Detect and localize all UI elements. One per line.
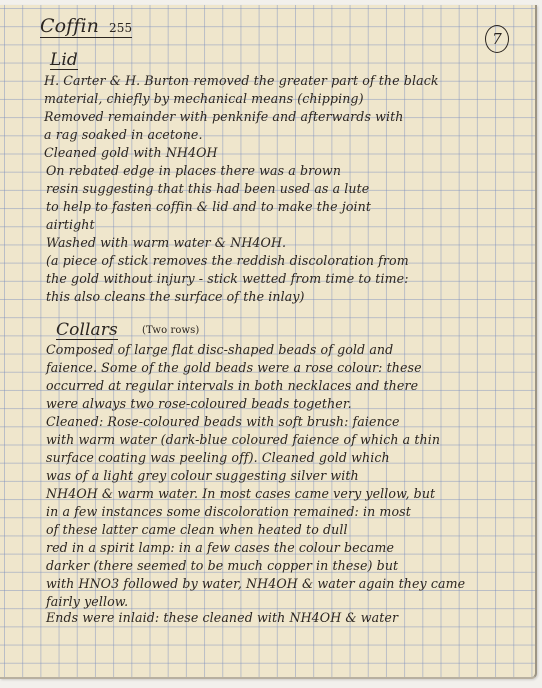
text-line: a rag soaked in acetone. [44, 127, 203, 143]
text-line: airtight [46, 217, 95, 233]
heading-text: Lid [50, 50, 78, 70]
notebook-page: Coffin255 7 Lid H. Carter & H. Burton re… [0, 5, 537, 679]
text-line: resin suggesting that this had been used… [46, 181, 369, 197]
title-text: Coffin [40, 15, 99, 37]
text-line: with warm water (dark-blue coloured faie… [46, 432, 440, 448]
text-line: Removed remainder with penknife and afte… [44, 109, 404, 125]
text-line: faience. Some of the gold beads were a r… [46, 360, 422, 376]
text-line: Ends were inlaid: these cleaned with NH4… [46, 610, 398, 626]
text-line: Cleaned gold with NH4OH [44, 145, 218, 161]
text-line: to help to fasten coffin & lid and to ma… [46, 199, 371, 215]
text-line: surface coating was peeling off). Cleane… [46, 450, 390, 466]
text-line: darker (there seemed to be much copper i… [46, 558, 398, 574]
text-line: H. Carter & H. Burton removed the greate… [44, 73, 439, 89]
text-line: (a piece of stick removes the reddish di… [46, 253, 409, 269]
text-line: was of a light grey colour suggesting si… [46, 468, 359, 484]
text-line: On rebated edge in places there was a br… [46, 163, 341, 179]
text-line: material, chiefly by mechanical means (c… [44, 91, 364, 107]
text-line: Cleaned: Rose-coloured beads with soft b… [46, 414, 400, 430]
heading-text: Collars [56, 320, 118, 340]
text-line: Washed with warm water & NH4OH. [46, 235, 286, 251]
page-title: Coffin255 [40, 15, 132, 38]
text-line: were always two rose-coloured beads toge… [46, 396, 352, 412]
title-number: 255 [109, 21, 132, 35]
section-heading-lid: Lid [50, 51, 78, 70]
heading-note: (Two rows) [142, 323, 199, 339]
text-line: Composed of large flat disc-shaped beads… [46, 342, 393, 358]
text-line: of these latter came clean when heated t… [46, 522, 348, 538]
text-line: NH4OH & warm water. In most cases came v… [46, 486, 435, 502]
text-line: occurred at regular intervals in both ne… [46, 378, 418, 394]
text-line: fairly yellow. [46, 594, 128, 610]
text-line: the gold without injury - stick wetted f… [46, 271, 409, 287]
text-line: in a few instances some discoloration re… [46, 504, 411, 520]
text-line: red in a spirit lamp: in a few cases the… [46, 540, 394, 556]
text-line: this also cleans the surface of the inla… [46, 289, 305, 305]
text-line: with HNO3 followed by water, NH4OH & wat… [46, 576, 465, 592]
page-number-circle: 7 [485, 25, 509, 53]
section-heading-collars: Collars [56, 321, 118, 340]
